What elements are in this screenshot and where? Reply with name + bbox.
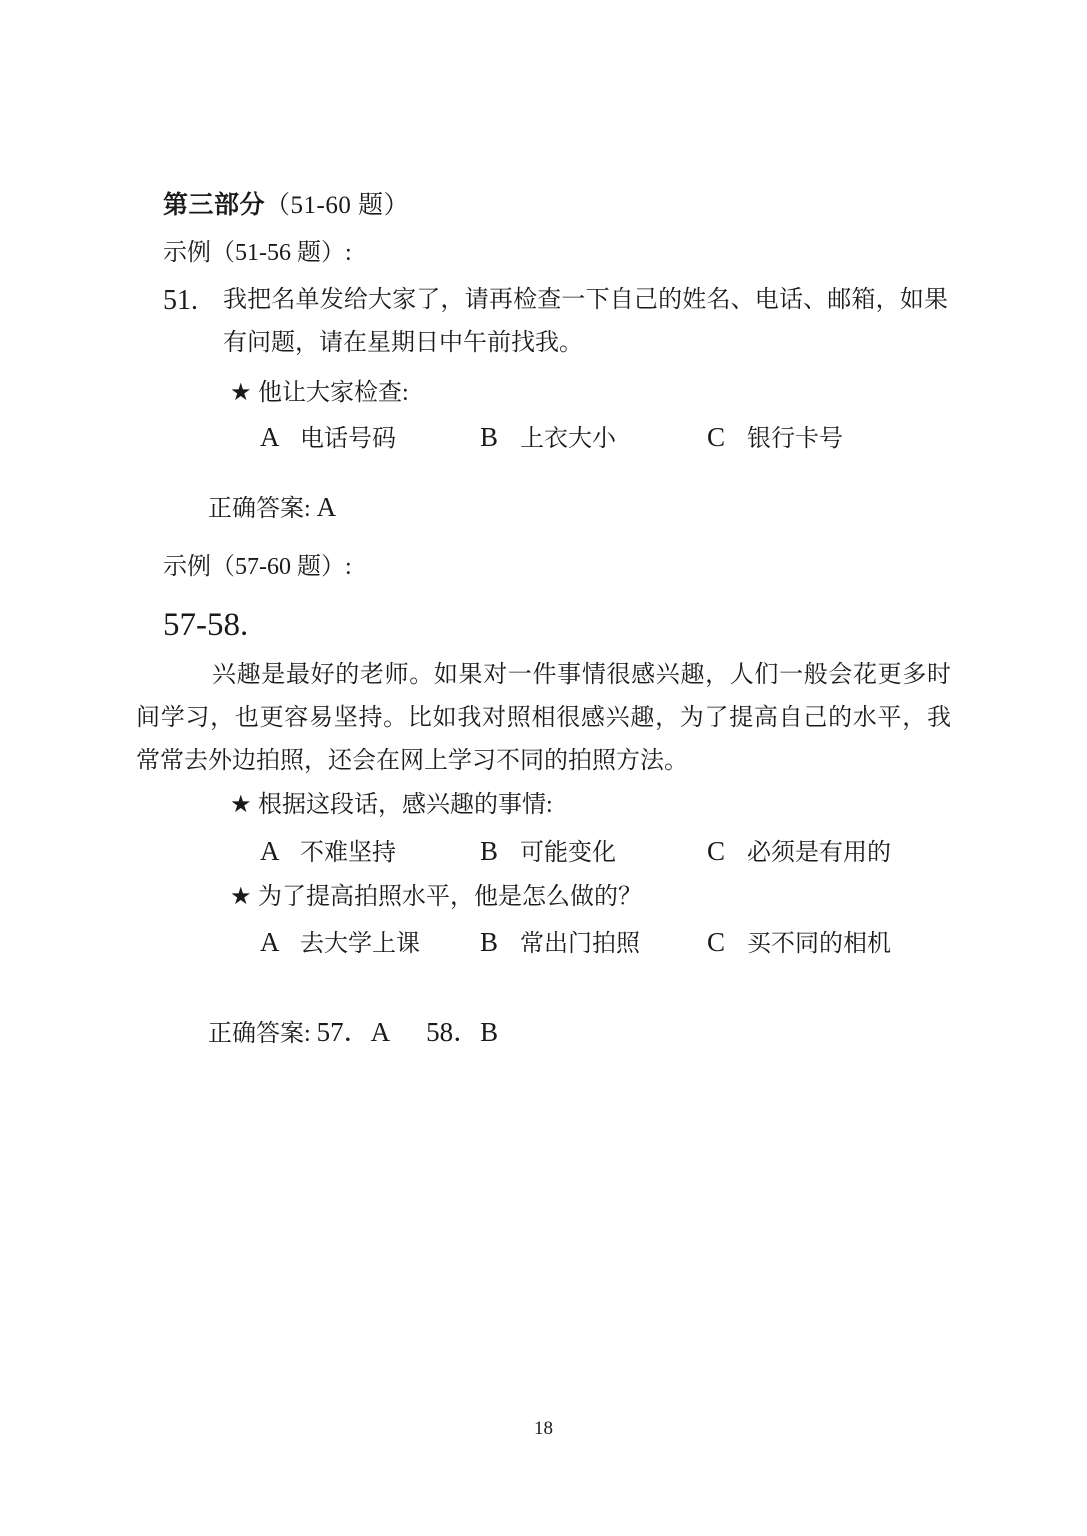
option-text: 不难坚持 <box>300 840 396 866</box>
question-57-prompt-line: ★根据这段话，感兴趣的事情: <box>230 784 553 827</box>
document-page: 第三部分（51-60 题） 示例（51-56 题）: 51. 我把名单发给大家了… <box>0 0 1087 1536</box>
question-number: 51. <box>163 279 223 365</box>
option-letter: B <box>480 416 520 459</box>
question-58-options: A去大学上课B常出门拍照C买不同的相机 <box>260 921 891 966</box>
option-letter: C <box>707 830 747 873</box>
answer-line-57-58: 正确答案:57．A58．B <box>208 1011 498 1056</box>
sample-label-57-60: 示例（57-60 题）: <box>163 546 352 589</box>
answer-value: A <box>317 492 337 522</box>
option-letter: C <box>707 921 747 964</box>
option-a: A电话号码 <box>260 416 480 461</box>
answer-value-57: 57．A <box>317 1017 391 1047</box>
option-text: 去大学上课 <box>300 931 420 957</box>
question-text: 我把名单发给大家了，请再检查一下自己的姓名、电话、邮箱，如果有问题，请在星期日中… <box>223 279 948 365</box>
question-51: 51. 我把名单发给大家了，请再检查一下自己的姓名、电话、邮箱，如果有问题，请在… <box>163 279 948 365</box>
option-text: 常出门拍照 <box>520 931 640 957</box>
option-text: 必须是有用的 <box>747 840 891 866</box>
option-text: 买不同的相机 <box>747 931 891 957</box>
option-letter: B <box>480 921 520 964</box>
passage-number: 57-58. <box>163 601 248 649</box>
option-letter: A <box>260 416 300 459</box>
option-text: 电话号码 <box>300 426 396 452</box>
option-text: 银行卡号 <box>747 426 843 452</box>
option-letter: B <box>480 830 520 873</box>
question-51-prompt-line: ★他让大家检查: <box>230 372 409 415</box>
answer-label: 正确答案: <box>208 496 311 522</box>
option-text: 可能变化 <box>520 840 616 866</box>
question-57-options: A不难坚持B可能变化C必须是有用的 <box>260 830 891 875</box>
sample-label-51-56: 示例（51-56 题）: <box>163 232 352 275</box>
question-prompt: 他让大家检查: <box>258 380 409 406</box>
section-title: 第三部分（51-60 题） <box>163 184 409 227</box>
option-c: C银行卡号 <box>707 416 843 461</box>
page-number: 18 <box>0 1417 1087 1441</box>
option-b: B可能变化 <box>480 830 707 875</box>
option-letter: A <box>260 830 300 873</box>
star-icon: ★ <box>230 784 258 827</box>
star-icon: ★ <box>230 372 258 415</box>
section-title-bold: 第三部分 <box>163 192 265 219</box>
option-letter: A <box>260 921 300 964</box>
answer-line-51: 正确答案:A <box>208 486 336 531</box>
option-text: 上衣大小 <box>520 426 616 452</box>
option-b: B常出门拍照 <box>480 921 707 966</box>
section-title-range: （51-60 题） <box>265 192 409 219</box>
option-c: C必须是有用的 <box>707 830 891 875</box>
option-a: A去大学上课 <box>260 921 480 966</box>
passage-text: 兴趣是最好的老师。如果对一件事情很感兴趣，人们一般会花更多时间学习，也更容易坚持… <box>136 654 951 783</box>
question-51-options: A电话号码B上衣大小C银行卡号 <box>260 416 843 461</box>
star-icon: ★ <box>230 876 258 919</box>
option-letter: C <box>707 416 747 459</box>
answer-value-58: 58．B <box>426 1017 498 1047</box>
question-prompt: 为了提高拍照水平，他是怎么做的？ <box>258 884 642 910</box>
option-b: B上衣大小 <box>480 416 707 461</box>
answer-label: 正确答案: <box>208 1021 311 1047</box>
option-a: A不难坚持 <box>260 830 480 875</box>
question-prompt: 根据这段话，感兴趣的事情: <box>258 792 553 818</box>
option-c: C买不同的相机 <box>707 921 891 966</box>
question-58-prompt-line: ★为了提高拍照水平，他是怎么做的？ <box>230 876 642 919</box>
